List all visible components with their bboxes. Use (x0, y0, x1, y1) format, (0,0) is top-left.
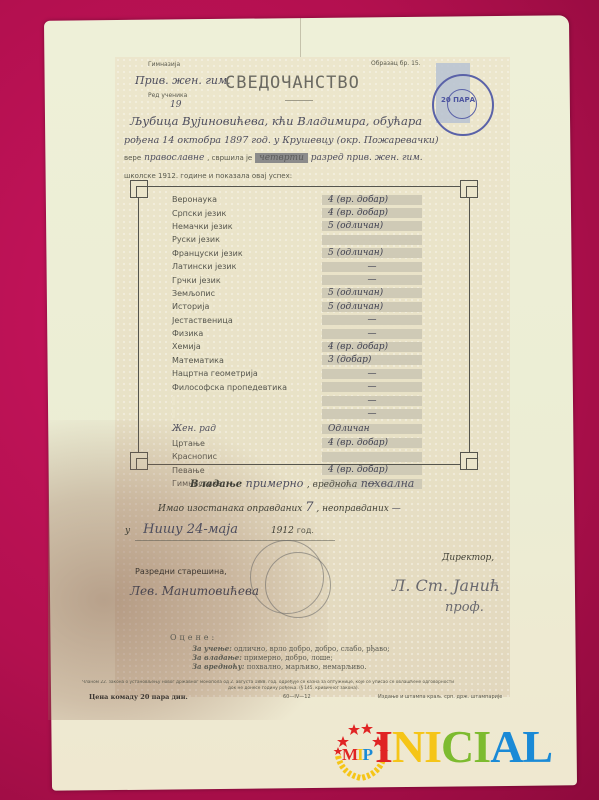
subject-name: Француски језик (172, 249, 246, 258)
religion-prefix: вере (124, 154, 141, 162)
subject-row: Хемија4 (вр. добар) (172, 340, 442, 353)
subject-row: Историја5 (одличан) (172, 300, 442, 313)
subject-row: Математика3 (добар) (172, 354, 442, 367)
document-title: СВЕДОЧАНСТВО (225, 73, 360, 93)
subject-grade: 3 (добар) (322, 355, 422, 365)
inicial-brand-watermark: INICIAL (375, 722, 552, 772)
director-signature: Л. Ст. Јанић (392, 576, 500, 595)
subject-name: Земљопис (172, 289, 218, 298)
absences-line: Имао изостанака оправданих 7 , неоправда… (158, 500, 401, 515)
subject-name: Историја (172, 302, 212, 311)
subject-grade: 5 (одличан) (322, 288, 422, 298)
grading-scale-row: За вредноћу: похвално, марљиво, немарљив… (192, 662, 367, 671)
gymnasium-handwritten: Прив. жен. гим. (135, 74, 231, 87)
religion-value: православне (144, 153, 204, 163)
subject-grade: 4 (вр. добар) (322, 438, 422, 448)
subject-grade: — (322, 409, 422, 419)
subject-name: Краснопис (172, 452, 220, 461)
subject-row: Краснопис (172, 450, 442, 463)
date-underline (135, 540, 335, 541)
subject-name: Руски језик (172, 235, 223, 244)
title-divider (285, 100, 313, 101)
school-year-line: школске 1912. године и показала овај усп… (124, 172, 292, 180)
subject-name: Грчки језик (172, 276, 224, 285)
conduct-value: примерно (246, 477, 304, 490)
school-suffix: разред прив. жен. гим. (311, 153, 423, 163)
law-note-line1: Чланом 22. закона о установљењу новог др… (82, 680, 512, 685)
conduct-label: Владање (190, 479, 242, 490)
absences-label: Имао изостанака оправданих (158, 504, 302, 514)
subject-grade: 5 (одличан) (322, 221, 422, 231)
school-seal-inner (447, 89, 477, 119)
class-teacher-signature: Лев. Манитовићева (130, 584, 259, 598)
frame-corner-ornament (460, 452, 478, 470)
subject-name: Српски језик (172, 209, 229, 218)
subject-grade: — (322, 369, 422, 379)
subject-row: Грчки језик— (172, 273, 442, 286)
subject-name: Немачки језик (172, 222, 236, 231)
frame-corner-ornament (460, 180, 478, 198)
subject-row: Земљопис5 (одличан) (172, 287, 442, 300)
subject-name: Хемија (172, 342, 204, 351)
place-prefix: у (125, 526, 130, 536)
subject-grade: 5 (одличан) (322, 248, 422, 258)
subject-grade: Одличан (322, 424, 422, 434)
student-name-line: Љубица Вујиновићева, кћи Владимира, обућ… (130, 114, 422, 128)
subject-row: Цртање4 (вр. добар) (172, 437, 442, 450)
subject-grade (322, 235, 422, 245)
subject-grade: — (322, 315, 422, 325)
subject-name (172, 396, 175, 405)
class-teacher-label: Разредни старешина, (135, 567, 227, 576)
religion-line: вере православне , свршила је четврти ра… (124, 153, 423, 163)
diligence-value: похвална (361, 477, 415, 490)
brand-letter: I (375, 721, 392, 772)
subject-grade: 4 (вр. добар) (322, 342, 422, 352)
year-suffix: год. (297, 526, 314, 535)
subject-name: Латински језик (172, 262, 239, 271)
subject-grade: 4 (вр. добар) (322, 465, 422, 475)
subject-grade: — (322, 396, 422, 406)
subject-name: Веронаука (172, 195, 220, 204)
subject-row: Певање4 (вр. добар) (172, 463, 442, 476)
brand-letter: I (473, 721, 490, 772)
diligence-label: , вредноћа (307, 480, 357, 490)
brand-letter: L (522, 721, 552, 772)
subject-grade: 4 (вр. добар) (322, 195, 422, 205)
grading-scale-row: За владање: примерно, добро, лоше; (192, 653, 333, 662)
subject-row: Физика— (172, 327, 442, 340)
subject-row: — (172, 394, 442, 407)
school-seal-lower-inner (265, 552, 331, 618)
place-date-handwritten: Нишу 24-маја (133, 522, 238, 537)
brand-letter: A (490, 721, 522, 772)
subject-name (172, 409, 175, 418)
price-note: Цена комаду 20 пара дин. (89, 693, 188, 701)
subject-row: Руски језик (172, 233, 442, 246)
law-note-line2: док не донесе годину рођења. (§ 145. кри… (228, 686, 359, 691)
subject-row: Француски језик5 (одличан) (172, 247, 442, 260)
frame-corner-ornament (130, 180, 148, 198)
subject-row: Немачки језик5 (одличан) (172, 220, 442, 233)
subject-grade: — (322, 275, 422, 285)
subjects-table: Веронаука4 (вр. добар) Српски језик4 (вр… (172, 193, 442, 490)
form-number: Образац бр. 15. (371, 60, 421, 67)
grade-completed-value: четврти (255, 153, 308, 163)
subject-name: Јестаственица (172, 316, 236, 325)
subject-row: Веронаука4 (вр. добар) (172, 193, 442, 206)
brand-letter: N (392, 721, 424, 772)
subject-grade: — (322, 382, 422, 392)
subject-name: Жен. рад (172, 424, 219, 434)
scale-label: За вредноћу: (192, 662, 244, 671)
subject-name: Певање (172, 466, 208, 475)
scale-label: За учење: (192, 644, 232, 653)
brand-letter: C (441, 721, 473, 772)
subject-row: Српски језик4 (вр. добар) (172, 206, 442, 219)
birth-line: рођена 14 октобра 1897 год. у Крушевцу (… (124, 135, 439, 146)
subject-name: Философска пропедевтика (172, 383, 290, 392)
absences-unjustified-label: , неоправданих (316, 504, 388, 514)
subject-name: Цртање (172, 439, 208, 448)
class-label: Ред ученика (148, 92, 187, 99)
subject-grade: 5 (одличан) (322, 302, 422, 312)
print-code: 60—IV—12 (283, 694, 311, 700)
subject-row: Философска пропедевтика— (172, 380, 442, 393)
subject-name: Физика (172, 329, 206, 338)
year: 1912 (241, 526, 294, 536)
brand-letter: I (424, 721, 441, 772)
subject-row: — (172, 407, 442, 420)
paper-fold-crease (300, 18, 301, 58)
tax-stamp-value: 20 ПАРА (441, 96, 475, 104)
absences-justified: 7 (305, 500, 313, 515)
scale-values: одлично, врло добро, добро, слабо, рђаво… (234, 645, 390, 653)
grading-scale-heading: Оцене: (170, 633, 217, 642)
subject-grade (322, 452, 422, 462)
subject-row: Жен. радОдличан (172, 421, 442, 437)
subject-row: Латински језик— (172, 260, 442, 273)
place-date-line: у Нишу 24-маја 1912 год. (125, 522, 314, 537)
subject-row: Јестаственица— (172, 314, 442, 327)
scale-values: похвално, марљиво, немарљиво. (247, 663, 367, 671)
subject-name: Математика (172, 356, 227, 365)
publisher-note: Издање и штампа краљ. срп. држ. штампари… (378, 694, 502, 700)
subject-grade: 4 (вр. добар) (322, 208, 422, 218)
frame-corner-ornament (130, 452, 148, 470)
subject-grade: — (322, 262, 422, 272)
subject-name: Нацртна геометрија (172, 369, 261, 378)
scale-label: За владање: (192, 653, 242, 662)
absences-unjustified: — (392, 504, 401, 514)
class-number: 19 (170, 100, 181, 110)
gymnasium-label: Гимназија (148, 61, 180, 68)
conduct-line: Владање примерно , вредноћа похвална (190, 477, 414, 490)
scale-values: примерно, добро, лоше; (244, 654, 333, 662)
mip-emblem-text: MIP (342, 745, 372, 765)
grading-scale-row: За учење: одлично, врло добро, добро, сл… (192, 644, 390, 653)
subject-grade: — (322, 329, 422, 339)
director-title-signature: проф. (445, 600, 484, 615)
completed-label: , свршила је (207, 154, 252, 162)
subject-row: Нацртна геометрија— (172, 367, 442, 380)
director-label: Директор, (442, 553, 494, 563)
